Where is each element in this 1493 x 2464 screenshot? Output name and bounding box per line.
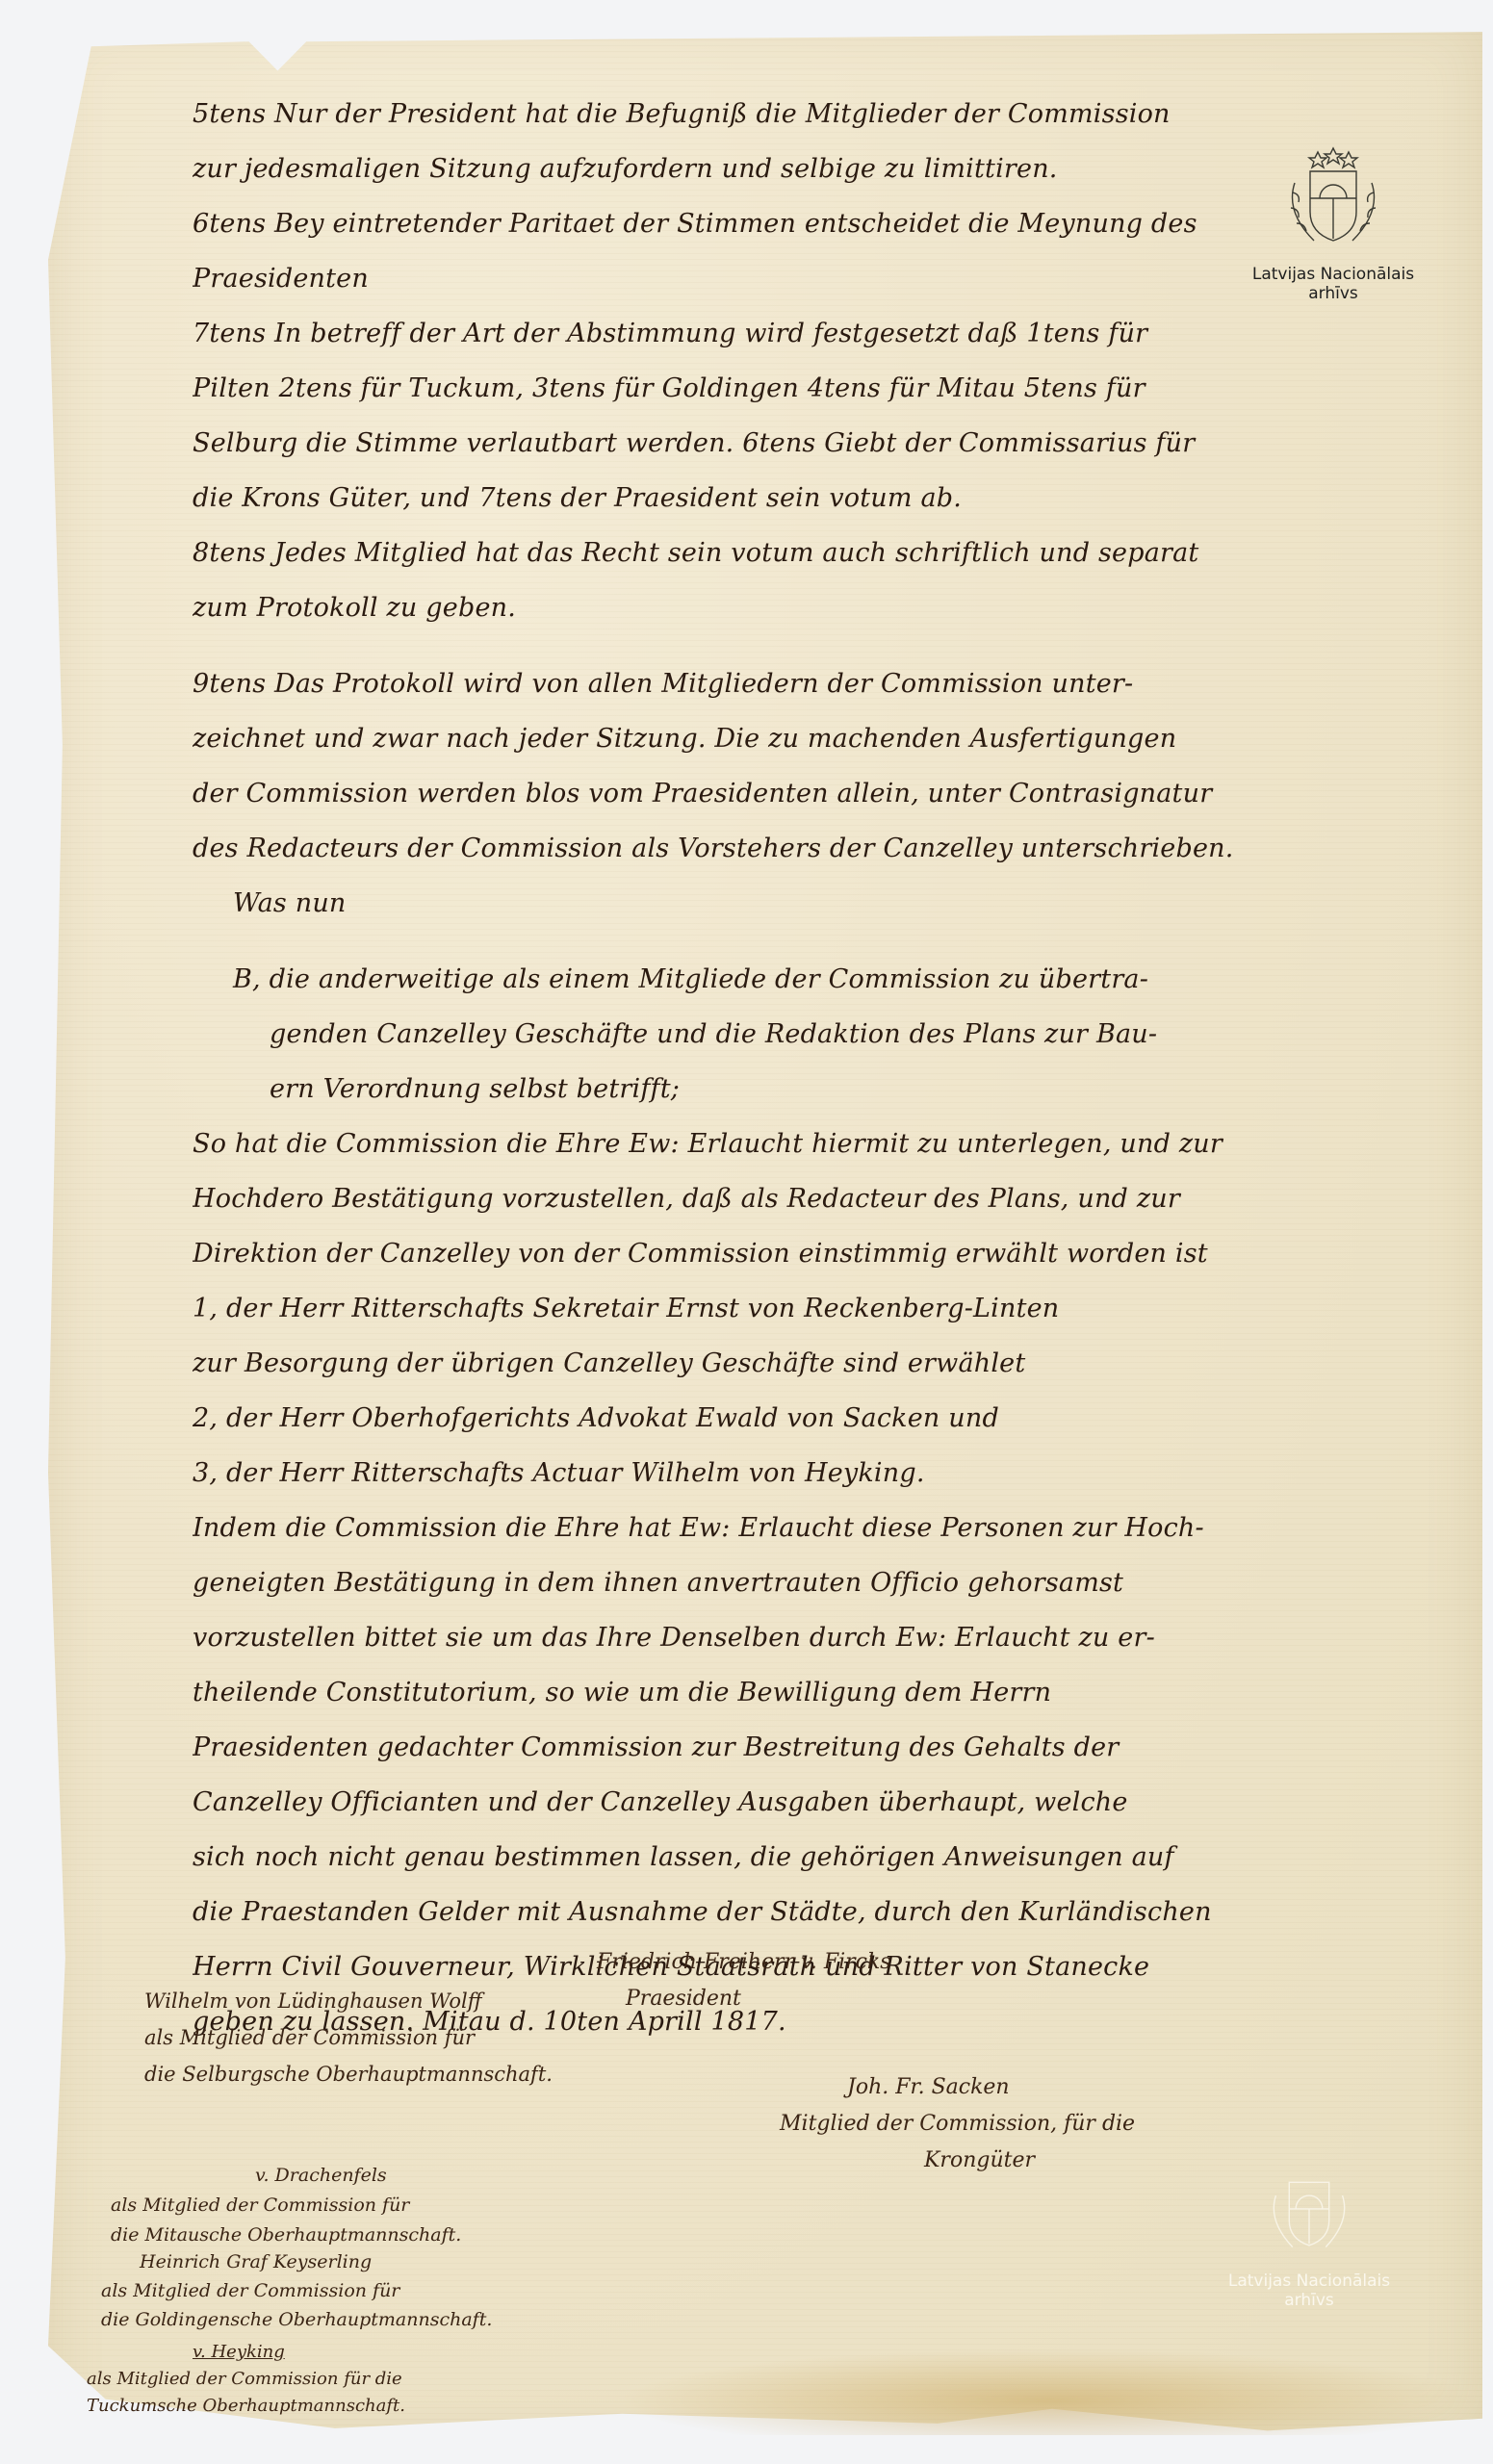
text-line: 9tens Das Protokoll wird von allen Mitgl… xyxy=(193,656,1261,711)
text-line: Was nun xyxy=(193,876,1261,931)
signature-role: Praesident xyxy=(597,1981,891,2017)
text-line: B, die anderweitige als einem Mitgliede … xyxy=(193,952,1261,1007)
signature-role: Mitglied der Commission, für die xyxy=(780,2106,1135,2143)
signature-selburg: Wilhelm von Lüdinghausen Wolff als Mitgl… xyxy=(144,1983,553,2092)
text-line: 3, der Herr Ritterschafts Actuar Wilhelm… xyxy=(193,1446,1261,1501)
text-line: 2, der Herr Oberhofgerichts Advokat Ewal… xyxy=(193,1391,1261,1446)
latvia-coat-of-arms-icon xyxy=(1275,144,1391,250)
text-line: vorzustellen bittet sie um das Ihre Dens… xyxy=(193,1610,1261,1665)
signature-role: Tuckumsche Oberhauptmannschaft. xyxy=(87,2393,405,2420)
text-line: Selburg die Stimme verlautbart werden. 6… xyxy=(193,416,1261,471)
signature-role: als Mitglied der Commission für die xyxy=(87,2366,405,2393)
signature-mitau: v. Drachenfels als Mitglied der Commissi… xyxy=(111,2161,461,2250)
text-line: sich noch nicht genau bestimmen lassen, … xyxy=(193,1830,1261,1885)
signature-role: als Mitglied der Commission für xyxy=(101,2276,492,2305)
text-line: der Commission werden blos vom Praesiden… xyxy=(193,766,1261,821)
signature-name: v. Heyking xyxy=(87,2339,405,2366)
signature-name: v. Drachenfels xyxy=(111,2161,461,2191)
archive-name-line2: arhīvs xyxy=(1194,2291,1425,2310)
signature-role: als Mitglied der Commission für xyxy=(144,2019,553,2056)
signature-president: Friedrich Freiherr v. Fircks Praesident xyxy=(597,1944,891,2017)
signature-tuckum: v. Heyking als Mitglied der Commission f… xyxy=(87,2339,405,2420)
signature-krongueter: Joh. Fr. Sacken Mitglied der Commission,… xyxy=(780,2069,1135,2179)
water-stain xyxy=(616,2348,1482,2435)
text-line: So hat die Commission die Ehre Ew: Erlau… xyxy=(193,1116,1261,1171)
manuscript-body: 5tens Nur der President hat die Befugniß… xyxy=(193,87,1261,2049)
text-line: Indem die Commission die Ehre hat Ew: Er… xyxy=(193,1501,1261,1555)
signature-role: Krongüter xyxy=(780,2143,1135,2179)
latvia-coat-of-arms-icon xyxy=(1256,2166,1362,2257)
signature-role: die Goldingensche Oberhauptmannschaft. xyxy=(101,2305,492,2334)
text-line: 5tens Nur der President hat die Befugniß… xyxy=(193,87,1261,141)
text-line: zeichnet und zwar nach jeder Sitzung. Di… xyxy=(193,711,1261,766)
text-line: des Redacteurs der Commission als Vorste… xyxy=(193,821,1261,876)
text-line: geneigten Bestätigung in dem ihnen anver… xyxy=(193,1555,1261,1610)
text-line: zur jedesmaligen Sitzung aufzufordern un… xyxy=(193,141,1261,196)
signature-name: Wilhelm von Lüdinghausen Wolff xyxy=(144,1983,553,2019)
text-line: 1, der Herr Ritterschafts Sekretair Erns… xyxy=(193,1281,1261,1336)
text-line: zum Protokoll zu geben. xyxy=(193,580,1261,635)
signature-role: die Mitausche Oberhauptmannschaft. xyxy=(111,2220,461,2250)
text-line: Direktion der Canzelley von der Commissi… xyxy=(193,1226,1261,1281)
text-line: zur Besorgung der übrigen Canzelley Gesc… xyxy=(193,1336,1261,1391)
text-line: die Praestanden Gelder mit Ausnahme der … xyxy=(193,1885,1261,1939)
text-line: 7tens In betreff der Art der Abstimmung … xyxy=(193,306,1261,361)
signature-name: Heinrich Graf Keyserling xyxy=(101,2247,492,2276)
text-line: die Krons Güter, und 7tens der Praesiden… xyxy=(193,471,1261,526)
text-line: 8tens Jedes Mitglied hat das Recht sein … xyxy=(193,526,1261,580)
text-line: Pilten 2tens für Tuckum, 3tens für Goldi… xyxy=(193,361,1261,416)
archive-watermark-bottom: Latvijas Nacionālais arhīvs xyxy=(1194,2166,1425,2310)
signature-name: Friedrich Freiherr v. Fircks xyxy=(597,1944,891,1981)
text-line: ern Verordnung selbst betrifft; xyxy=(193,1062,1261,1116)
signature-goldingen: Heinrich Graf Keyserling als Mitglied de… xyxy=(101,2247,492,2334)
text-line: Praesidenten gedachter Commission zur Be… xyxy=(193,1720,1261,1775)
text-line: Canzelley Officianten und der Canzelley … xyxy=(193,1775,1261,1830)
text-line: genden Canzelley Geschäfte und die Redak… xyxy=(193,1007,1261,1062)
signature-name: Joh. Fr. Sacken xyxy=(780,2069,1135,2106)
text-line: theilende Constitutorium, so wie um die … xyxy=(193,1665,1261,1720)
text-line: Praesidenten xyxy=(193,251,1261,306)
signature-role: als Mitglied der Commission für xyxy=(111,2191,461,2220)
text-line: Hochdero Bestätigung vorzustellen, daß a… xyxy=(193,1171,1261,1226)
signature-role: die Selburgsche Oberhauptmannschaft. xyxy=(144,2056,553,2092)
text-line: 6tens Bey eintretender Paritaet der Stim… xyxy=(193,196,1261,251)
archive-name-line1: Latvijas Nacionālais xyxy=(1194,2271,1425,2291)
